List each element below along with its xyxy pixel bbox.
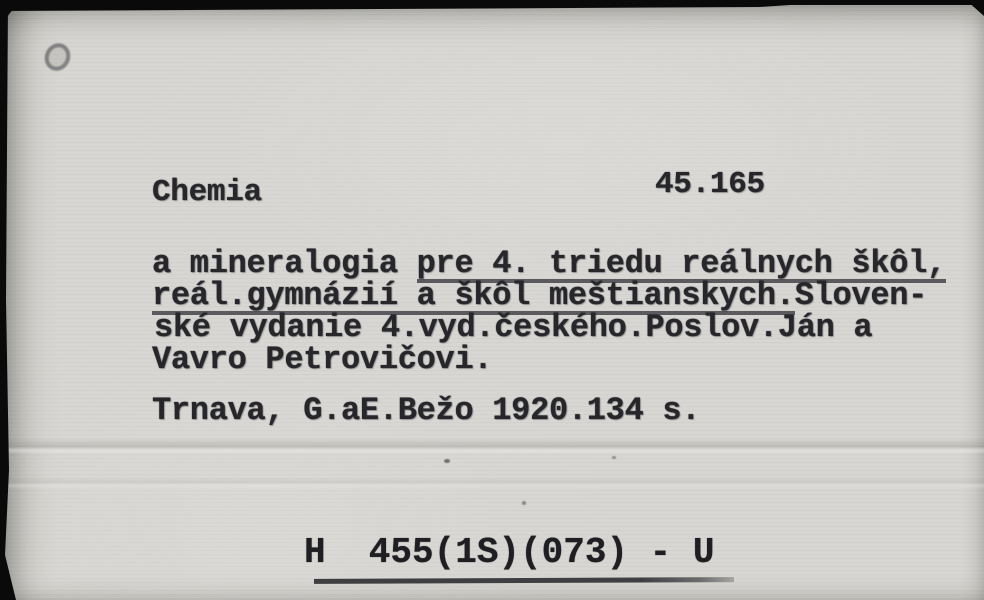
title-line: Vavro Petrovičovi. xyxy=(152,345,492,375)
catalog-card-scan: Chemia 45.165 a mineralogia pre 4. tried… xyxy=(0,0,984,600)
title-segment: a mineralogia xyxy=(152,249,417,279)
ink-speck xyxy=(612,456,616,459)
ink-speck xyxy=(444,459,450,463)
imprint-line: Trnava, G.aE.Bežo 1920.134 s. xyxy=(152,396,700,426)
catalog-number: 45.165 xyxy=(655,170,765,200)
title-line: ské vydanie 4.vyd.českého.Poslov.Ján a xyxy=(154,313,872,343)
horizontal-crease xyxy=(6,477,984,489)
title-segment: Vavro Petrovičovi. xyxy=(152,345,492,375)
call-number: H 455(1S)(073) - U xyxy=(304,538,714,568)
title-segment: Sloven- xyxy=(795,281,927,311)
subject-heading: Chemia xyxy=(152,178,262,208)
title-segment: ské vydanie 4.vyd.českého.Poslov.Ján a xyxy=(154,313,872,343)
ink-speck xyxy=(522,501,526,505)
horizontal-crease xyxy=(6,438,984,454)
